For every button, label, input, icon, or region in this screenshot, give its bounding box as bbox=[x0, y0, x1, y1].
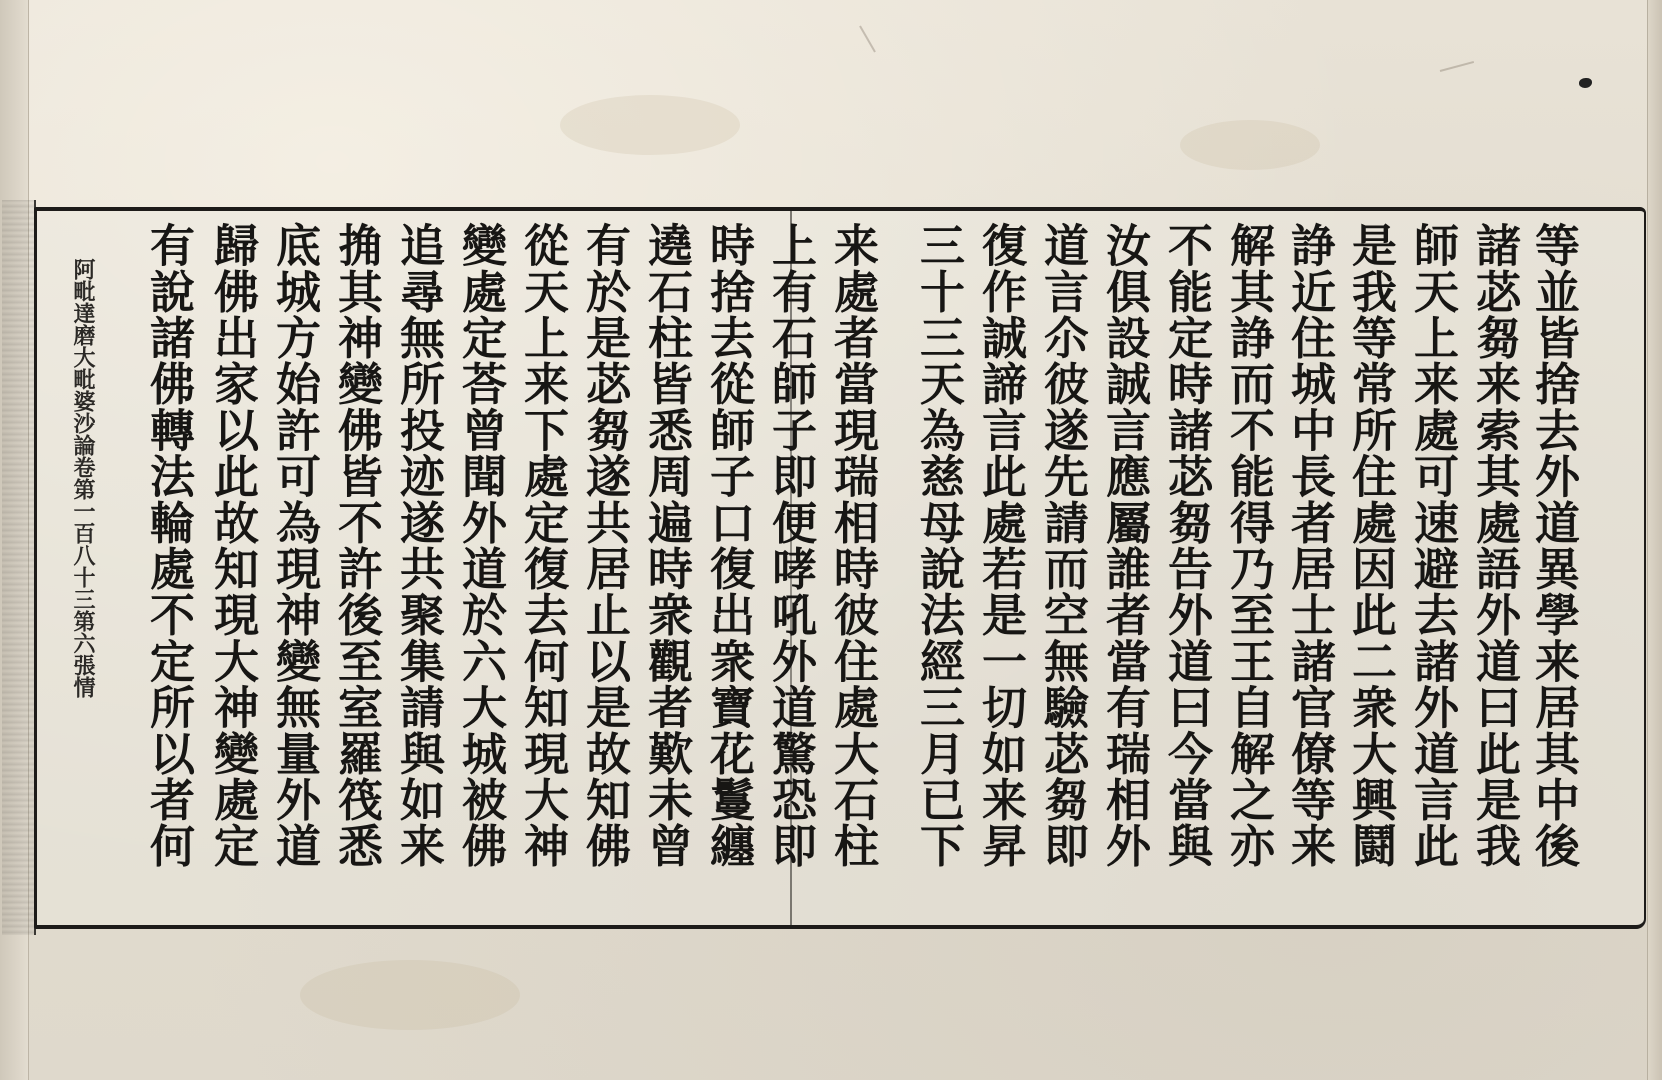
sheet-number: 第六張 bbox=[70, 610, 96, 676]
paper-stain bbox=[1180, 120, 1320, 170]
text-column-19: 追尋無所投迹遂共聚集請與如来 bbox=[396, 222, 441, 869]
text-column-16: 有於是苾芻遂共居止以是故知佛 bbox=[582, 222, 627, 869]
marginal-annotation: 阿毗達磨大毗婆沙論卷第一百八十三第六張情 bbox=[72, 258, 94, 698]
left-margin-band bbox=[2, 200, 36, 935]
text-column-3: 師天上来處可速避去諸外道言此 bbox=[1410, 222, 1455, 869]
text-column-20: 捔其神變佛皆不許後至室羅筏悉 bbox=[334, 222, 379, 869]
text-column-5: 諍近住城中長者居士諸官僚等来 bbox=[1287, 222, 1332, 869]
volume-title: 阿毗達磨大毗婆沙論卷第一百八十三 bbox=[70, 258, 96, 610]
text-column-13: 上有石師子即便哮吼外道驚恐即 bbox=[768, 222, 813, 869]
text-column-22: 歸佛出家以此故知現大神變處定 bbox=[210, 222, 255, 869]
text-column-9: 道言尒彼遂先請而空無驗苾芻即 bbox=[1040, 222, 1085, 869]
text-column-10: 復作誠諦言此處若是一切如来昇 bbox=[978, 222, 1023, 869]
text-column-17: 從天上来下處定復去何知現大神 bbox=[520, 222, 565, 869]
text-column-1: 等並皆捨去外道異學来居其中後 bbox=[1531, 222, 1576, 869]
text-column-18: 變處定荅曾聞外道於六大城被佛 bbox=[458, 222, 503, 869]
text-column-2: 諸苾芻来索其處語外道曰此是我 bbox=[1472, 222, 1517, 869]
text-column-8: 汝俱設誠言應屬誰者當有瑞相外 bbox=[1102, 222, 1147, 869]
text-column-12: 来處者當現瑞相時彼住處大石柱 bbox=[830, 222, 875, 869]
text-column-11: 三十三天為慈母說法經三月已下 bbox=[916, 222, 961, 869]
paper-stain bbox=[560, 95, 740, 155]
text-column-21: 底城方始許可為現神變無量外道 bbox=[272, 222, 317, 869]
text-column-4: 是我等常所住處因此二衆大興鬪 bbox=[1348, 222, 1393, 869]
text-column-14: 時捨去從師子口復出衆寶花鬘纏 bbox=[706, 222, 751, 869]
text-column-15: 遶石柱皆悉周遍時衆觀者歎未曾 bbox=[644, 222, 689, 869]
collection-mark: 情 bbox=[70, 676, 96, 698]
paper-stain bbox=[300, 960, 520, 1030]
right-page-edge bbox=[1647, 0, 1662, 1080]
text-column-6: 解其諍而不能得乃至王自解之亦 bbox=[1226, 222, 1271, 869]
text-column-23: 有說諸佛轉法輪處不定所以者何 bbox=[146, 222, 191, 869]
text-column-7: 不能定時諸苾芻告外道曰今當與 bbox=[1164, 222, 1209, 869]
